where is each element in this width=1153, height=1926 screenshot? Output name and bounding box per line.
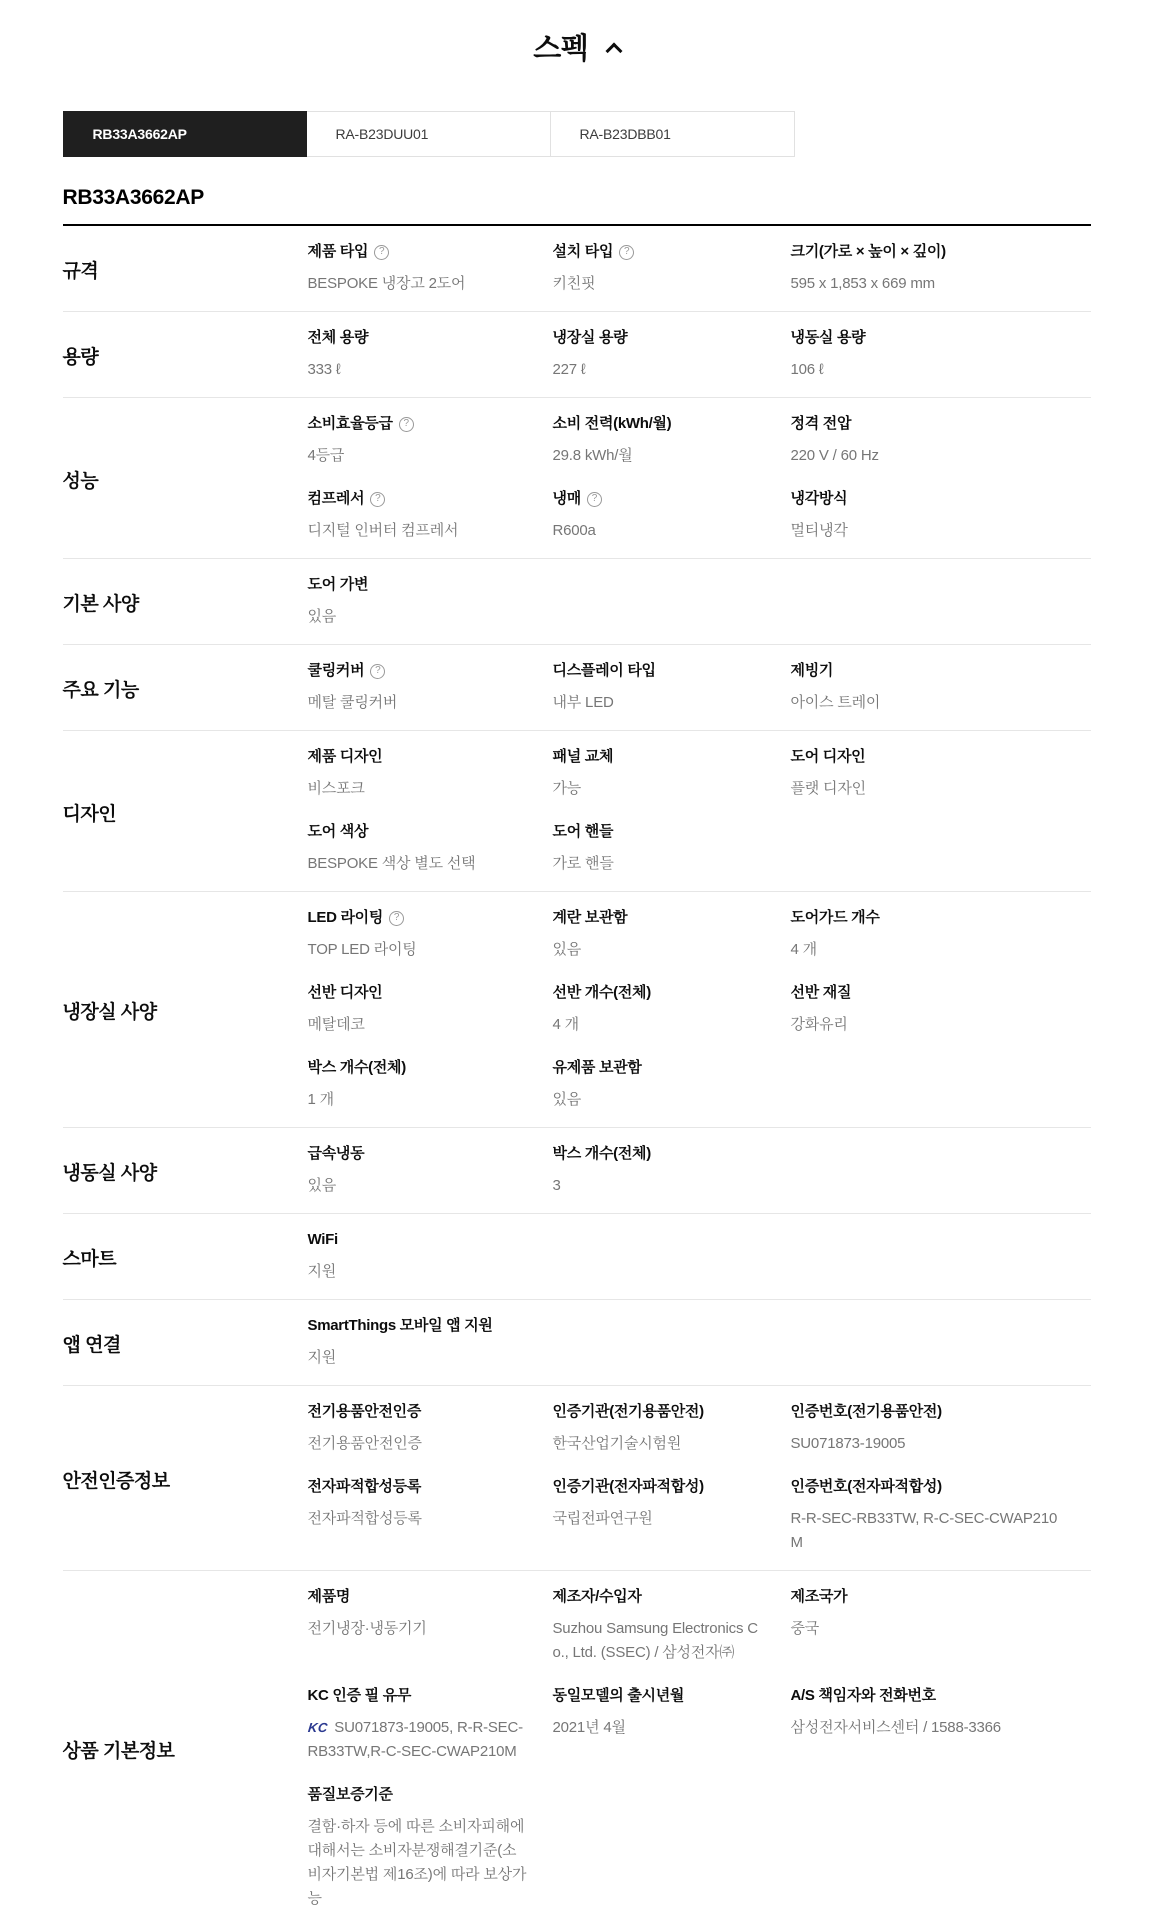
spec-label-text: 선반 디자인 <box>308 984 383 1002</box>
spec-cell: 디스플레이 타입내부 LED <box>553 662 791 715</box>
spec-label: 도어 색상 <box>308 823 553 841</box>
spec-category-label: 안전인증정보 <box>63 1403 308 1555</box>
spec-label-text: WiFi <box>308 1231 338 1249</box>
spec-value: 595 x 1,853 x 669 mm <box>791 272 1091 296</box>
help-icon[interactable]: ? <box>619 245 634 260</box>
help-icon[interactable]: ? <box>370 664 385 679</box>
spec-cell: 인증기관(전기용품안전)한국산업기술시험원 <box>553 1403 791 1456</box>
spec-cell: 박스 개수(전체)3 <box>553 1145 791 1198</box>
spec-label-text: 냉매 <box>553 490 581 508</box>
help-icon[interactable]: ? <box>374 245 389 260</box>
spec-label: 제품 타입? <box>308 243 553 261</box>
spec-cell: 전체 용량333 ℓ <box>308 329 553 382</box>
spec-cell: 제품명전기냉장·냉동기기 <box>308 1588 553 1665</box>
spec-table: 규격제품 타입?BESPOKE 냉장고 2도어설치 타입?키친핏크기(가로 × … <box>63 224 1091 1926</box>
spec-label-text: 제조자/수입자 <box>553 1588 642 1606</box>
spec-cell: 선반 디자인메탈데코 <box>308 984 553 1037</box>
spec-cell: 제조자/수입자Suzhou Samsung Electronics Co., L… <box>553 1588 791 1665</box>
spec-value: Suzhou Samsung Electronics Co., Ltd. (SS… <box>553 1617 791 1665</box>
spec-label: 냉각방식 <box>791 490 1091 508</box>
spec-cell: 유제품 보관함있음 <box>553 1059 791 1112</box>
spec-value: 아이스 트레이 <box>791 691 1091 715</box>
spec-label-text: 소비효율등급 <box>308 415 393 433</box>
spec-label-text: 제빙기 <box>791 662 834 680</box>
spec-cell: 선반 재질강화유리 <box>791 984 1091 1037</box>
tab-rb33a3662ap[interactable]: RB33A3662AP <box>63 111 307 157</box>
spec-label-text: 도어가드 개수 <box>791 909 880 927</box>
spec-label: 박스 개수(전체) <box>553 1145 791 1163</box>
spec-label-text: 인증번호(전자파적합성) <box>791 1478 942 1496</box>
spec-value: 29.8 kWh/월 <box>553 444 791 468</box>
help-icon[interactable]: ? <box>389 911 404 926</box>
spec-label-text: 냉동실 용량 <box>791 329 866 347</box>
tab-ra-b23dbb01[interactable]: RA-B23DBB01 <box>551 111 795 157</box>
spec-category-label: 기본 사양 <box>63 576 308 629</box>
spec-cell: 계란 보관함있음 <box>553 909 791 962</box>
spec-label: 인증기관(전기용품안전) <box>553 1403 791 1421</box>
spec-value: 2021년 4월 <box>553 1716 791 1740</box>
spec-cell: 컴프레서?디지털 인버터 컴프레서 <box>308 490 553 543</box>
spec-label: 급속냉동 <box>308 1145 553 1163</box>
spec-label: WiFi <box>308 1231 553 1249</box>
spec-label: 인증번호(전자파적합성) <box>791 1478 1091 1496</box>
spec-label-text: 인증번호(전기용품안전) <box>791 1403 942 1421</box>
spec-cell: 제품 디자인비스포크 <box>308 748 553 801</box>
spec-value: KCSU071873-19005, R-R-SEC-RB33TW,R-C-SEC… <box>308 1716 553 1764</box>
spec-label-text: 동일모델의 출시년월 <box>553 1687 685 1705</box>
spec-label: 냉매? <box>553 490 791 508</box>
spec-cell: 제품 타입?BESPOKE 냉장고 2도어 <box>308 243 553 296</box>
spec-section: RB33A3662APRA-B23DUU01RA-B23DBB01 RB33A3… <box>63 111 1091 1926</box>
model-tabs: RB33A3662APRA-B23DUU01RA-B23DBB01 <box>63 111 1091 157</box>
spec-label-text: 선반 개수(전체) <box>553 984 651 1002</box>
spec-category-label: 앱 연결 <box>63 1317 308 1370</box>
spec-value: 전기냉장·냉동기기 <box>308 1617 553 1641</box>
spec-row: 디자인제품 디자인비스포크패널 교체가능도어 디자인플랫 디자인도어 색상BES… <box>63 730 1091 891</box>
spec-label-text: KC 인증 필 유무 <box>308 1687 412 1705</box>
spec-cell: 냉매?R600a <box>553 490 791 543</box>
spec-label-text: 선반 재질 <box>791 984 852 1002</box>
spec-label: 전체 용량 <box>308 329 553 347</box>
spec-row: 앱 연결SmartThings 모바일 앱 지원지원 <box>63 1299 1091 1385</box>
spec-value: BESPOKE 색상 별도 선택 <box>308 852 553 876</box>
spec-label: 제빙기 <box>791 662 1091 680</box>
spec-cell: 크기(가로 × 높이 × 깊이)595 x 1,853 x 669 mm <box>791 243 1091 296</box>
spec-label: 계란 보관함 <box>553 909 791 927</box>
spec-category-label: 용량 <box>63 329 308 382</box>
spec-value: 가능 <box>553 777 791 801</box>
spec-label: 도어 가변 <box>308 576 553 594</box>
spec-cell: 소비효율등급?4등급 <box>308 415 553 468</box>
kc-certification-icon: KC <box>306 1716 328 1740</box>
spec-label: 컴프레서? <box>308 490 553 508</box>
spec-label: 제조자/수입자 <box>553 1588 791 1606</box>
spec-category-label: 주요 기능 <box>63 662 308 715</box>
spec-value: 220 V / 60 Hz <box>791 444 1091 468</box>
spec-label: 인증기관(전자파적합성) <box>553 1478 791 1496</box>
spec-label-text: 박스 개수(전체) <box>553 1145 651 1163</box>
spec-label-text: 전체 용량 <box>308 329 369 347</box>
spec-category-label: 규격 <box>63 243 308 296</box>
spec-row: 상품 기본정보제품명전기냉장·냉동기기제조자/수입자Suzhou Samsung… <box>63 1570 1091 1926</box>
spec-label: 전기용품안전인증 <box>308 1403 553 1421</box>
spec-label-text: 박스 개수(전체) <box>308 1059 406 1077</box>
spec-label: 선반 재질 <box>791 984 1091 1002</box>
spec-value: 333 ℓ <box>308 358 553 382</box>
spec-value: 있음 <box>553 938 791 962</box>
spec-label-text: 도어 디자인 <box>791 748 866 766</box>
spec-value: 106 ℓ <box>791 358 1091 382</box>
spec-row: 스마트WiFi지원 <box>63 1213 1091 1299</box>
chevron-up-icon <box>605 43 622 60</box>
spec-row: 냉동실 사양급속냉동있음박스 개수(전체)3 <box>63 1127 1091 1213</box>
spec-row: 기본 사양도어 가변있음 <box>63 558 1091 644</box>
spec-label: 냉장실 용량 <box>553 329 791 347</box>
spec-value: 4등급 <box>308 444 553 468</box>
spec-label: 전자파적합성등록 <box>308 1478 553 1496</box>
spec-label: 유제품 보관함 <box>553 1059 791 1077</box>
spec-cell: 도어 색상BESPOKE 색상 별도 선택 <box>308 823 553 876</box>
spec-label-text: 소비 전력(kWh/월) <box>553 415 672 433</box>
spec-cell: 전기용품안전인증전기용품안전인증 <box>308 1403 553 1456</box>
spec-value: BESPOKE 냉장고 2도어 <box>308 272 553 296</box>
spec-cell: 쿨링커버?메탈 쿨링커버 <box>308 662 553 715</box>
spec-label: 선반 디자인 <box>308 984 553 1002</box>
spec-cell: SmartThings 모바일 앱 지원지원 <box>308 1317 553 1370</box>
spec-label-text: 급속냉동 <box>308 1145 365 1163</box>
spec-label: 설치 타입? <box>553 243 791 261</box>
spec-row: 안전인증정보전기용품안전인증전기용품안전인증인증기관(전기용품안전)한국산업기술… <box>63 1385 1091 1570</box>
spec-cell: 도어 핸들가로 핸들 <box>553 823 791 876</box>
spec-value: 멀티냉각 <box>791 519 1091 543</box>
spec-cell: 인증기관(전자파적합성)국립전파연구원 <box>553 1478 791 1555</box>
spec-label-text: 냉장실 용량 <box>553 329 628 347</box>
spec-cell: 인증번호(전기용품안전)SU071873-19005 <box>791 1403 1091 1456</box>
spec-row: 성능소비효율등급?4등급소비 전력(kWh/월)29.8 kWh/월정격 전압2… <box>63 397 1091 558</box>
spec-label: 도어 디자인 <box>791 748 1091 766</box>
spec-value: 있음 <box>308 605 553 629</box>
spec-label-text: 제품명 <box>308 1588 351 1606</box>
spec-label: 제품 디자인 <box>308 748 553 766</box>
spec-label-text: 도어 가변 <box>308 576 369 594</box>
spec-row: 주요 기능쿨링커버?메탈 쿨링커버디스플레이 타입내부 LED제빙기아이스 트레… <box>63 644 1091 730</box>
spec-cell: 품질보증기준결함·하자 등에 따른 소비자피해에 대해서는 소비자분쟁해결기준(… <box>308 1786 553 1911</box>
spec-cell: 급속냉동있음 <box>308 1145 553 1198</box>
spec-label-text: 도어 핸들 <box>553 823 614 841</box>
help-icon[interactable]: ? <box>399 417 414 432</box>
spec-label-text: 디스플레이 타입 <box>553 662 656 680</box>
spec-value: 삼성전자서비스센터 / 1588-3366 <box>791 1716 1091 1740</box>
spec-label-text: 제품 디자인 <box>308 748 383 766</box>
spec-accordion-toggle[interactable]: 스펙 <box>0 0 1153 67</box>
spec-label: 디스플레이 타입 <box>553 662 791 680</box>
spec-cell: 동일모델의 출시년월2021년 4월 <box>553 1687 791 1764</box>
spec-row: 냉장실 사양LED 라이팅?TOP LED 라이팅계란 보관함있음도어가드 개수… <box>63 891 1091 1127</box>
spec-label: 도어가드 개수 <box>791 909 1091 927</box>
spec-label: 품질보증기준 <box>308 1786 553 1804</box>
spec-value: 전기용품안전인증 <box>308 1432 553 1456</box>
spec-label-text: LED 라이팅 <box>308 909 384 927</box>
spec-category-label: 디자인 <box>63 748 308 876</box>
spec-cell: WiFi지원 <box>308 1231 553 1284</box>
spec-cell: 냉장실 용량227 ℓ <box>553 329 791 382</box>
spec-label: 정격 전압 <box>791 415 1091 433</box>
spec-row: 규격제품 타입?BESPOKE 냉장고 2도어설치 타입?키친핏크기(가로 × … <box>63 226 1091 311</box>
spec-label-text: 계란 보관함 <box>553 909 628 927</box>
help-icon[interactable]: ? <box>370 492 385 507</box>
spec-cell: 패널 교체가능 <box>553 748 791 801</box>
spec-label-text: 도어 색상 <box>308 823 369 841</box>
spec-value: 메탈 쿨링커버 <box>308 691 553 715</box>
spec-value: SU071873-19005 <box>791 1432 1091 1456</box>
spec-value: 1 개 <box>308 1088 553 1112</box>
spec-label: SmartThings 모바일 앱 지원 <box>308 1317 553 1335</box>
spec-label: 제품명 <box>308 1588 553 1606</box>
spec-category-label: 냉장실 사양 <box>63 909 308 1112</box>
spec-label: KC 인증 필 유무 <box>308 1687 553 1705</box>
spec-label-text: 제조국가 <box>791 1588 848 1606</box>
spec-label-text: 전기용품안전인증 <box>308 1403 422 1421</box>
spec-cell: LED 라이팅?TOP LED 라이팅 <box>308 909 553 962</box>
spec-value: 있음 <box>308 1174 553 1198</box>
spec-label: 동일모델의 출시년월 <box>553 1687 791 1705</box>
spec-value: 가로 핸들 <box>553 852 791 876</box>
spec-cell: A/S 책임자와 전화번호삼성전자서비스센터 / 1588-3366 <box>791 1687 1091 1764</box>
spec-cell: 냉각방식멀티냉각 <box>791 490 1091 543</box>
spec-value: 내부 LED <box>553 691 791 715</box>
spec-cell: 도어 디자인플랫 디자인 <box>791 748 1091 801</box>
spec-cell: 냉동실 용량106 ℓ <box>791 329 1091 382</box>
spec-label-text: 유제품 보관함 <box>553 1059 642 1077</box>
spec-cell: 박스 개수(전체)1 개 <box>308 1059 553 1112</box>
spec-cell: 도어가드 개수4 개 <box>791 909 1091 962</box>
spec-label: 제조국가 <box>791 1588 1091 1606</box>
spec-cell: 정격 전압220 V / 60 Hz <box>791 415 1091 468</box>
spec-value: 메탈데코 <box>308 1013 553 1037</box>
page-title: 스펙 <box>533 33 588 65</box>
spec-value: 비스포크 <box>308 777 553 801</box>
spec-cell: 전자파적합성등록전자파적합성등록 <box>308 1478 553 1555</box>
spec-label-text: 크기(가로 × 높이 × 깊이) <box>791 243 946 261</box>
spec-label-text: 인증기관(전기용품안전) <box>553 1403 704 1421</box>
spec-cell: 제조국가중국 <box>791 1588 1091 1665</box>
spec-category-label: 냉동실 사양 <box>63 1145 308 1198</box>
spec-label: 쿨링커버? <box>308 662 553 680</box>
spec-label-text: 인증기관(전자파적합성) <box>553 1478 704 1496</box>
spec-value: 강화유리 <box>791 1013 1091 1037</box>
spec-label: 선반 개수(전체) <box>553 984 791 1002</box>
spec-label: 냉동실 용량 <box>791 329 1091 347</box>
spec-value: 중국 <box>791 1617 1091 1641</box>
tab-ra-b23duu01[interactable]: RA-B23DUU01 <box>307 111 551 157</box>
spec-value: 키친핏 <box>553 272 791 296</box>
spec-value: 4 개 <box>791 938 1091 962</box>
spec-value: 한국산업기술시험원 <box>553 1432 791 1456</box>
spec-category-label: 성능 <box>63 415 308 543</box>
spec-label-text: 정격 전압 <box>791 415 852 433</box>
spec-label: A/S 책임자와 전화번호 <box>791 1687 1091 1705</box>
section-title: RB33A3662AP <box>63 186 1091 210</box>
spec-value: TOP LED 라이팅 <box>308 938 553 962</box>
spec-value: 디지털 인버터 컴프레서 <box>308 519 553 543</box>
spec-value: 지원 <box>308 1346 553 1370</box>
spec-value: 플랫 디자인 <box>791 777 1091 801</box>
spec-label: 크기(가로 × 높이 × 깊이) <box>791 243 1091 261</box>
spec-label: 인증번호(전기용품안전) <box>791 1403 1091 1421</box>
spec-label-text: A/S 책임자와 전화번호 <box>791 1687 936 1705</box>
spec-value: 지원 <box>308 1260 553 1284</box>
spec-label-text: 냉각방식 <box>791 490 848 508</box>
spec-value: 전자파적합성등록 <box>308 1507 553 1531</box>
spec-label: 박스 개수(전체) <box>308 1059 553 1077</box>
spec-label-text: 품질보증기준 <box>308 1786 393 1804</box>
spec-label: 소비효율등급? <box>308 415 553 433</box>
spec-label: LED 라이팅? <box>308 909 553 927</box>
spec-value: 국립전파연구원 <box>553 1507 791 1531</box>
spec-label-text: 컴프레서 <box>308 490 365 508</box>
spec-label: 도어 핸들 <box>553 823 791 841</box>
spec-label-text: 설치 타입 <box>553 243 614 261</box>
spec-value: 3 <box>553 1174 791 1198</box>
spec-category-label: 상품 기본정보 <box>63 1588 308 1911</box>
spec-label: 소비 전력(kWh/월) <box>553 415 791 433</box>
spec-value: 결함·하자 등에 따른 소비자피해에 대해서는 소비자분쟁해결기준(소비자기본법… <box>308 1815 553 1911</box>
spec-label: 패널 교체 <box>553 748 791 766</box>
spec-cell: 선반 개수(전체)4 개 <box>553 984 791 1037</box>
spec-cell: 소비 전력(kWh/월)29.8 kWh/월 <box>553 415 791 468</box>
spec-value: R-R-SEC-RB33TW, R-C-SEC-CWAP210M <box>791 1507 1091 1555</box>
spec-value: 있음 <box>553 1088 791 1112</box>
spec-label-text: 전자파적합성등록 <box>308 1478 422 1496</box>
spec-cell: 설치 타입?키친핏 <box>553 243 791 296</box>
spec-value: R600a <box>553 519 791 543</box>
spec-label-text: 쿨링커버 <box>308 662 365 680</box>
spec-cell: KC 인증 필 유무KCSU071873-19005, R-R-SEC-RB33… <box>308 1687 553 1764</box>
spec-label-text: 제품 타입 <box>308 243 369 261</box>
spec-row: 용량전체 용량333 ℓ냉장실 용량227 ℓ냉동실 용량106 ℓ <box>63 311 1091 397</box>
spec-label-text: 패널 교체 <box>553 748 614 766</box>
spec-cell: 제빙기아이스 트레이 <box>791 662 1091 715</box>
spec-label-text: SmartThings 모바일 앱 지원 <box>308 1317 493 1335</box>
spec-cell: 인증번호(전자파적합성)R-R-SEC-RB33TW, R-C-SEC-CWAP… <box>791 1478 1091 1555</box>
spec-category-label: 스마트 <box>63 1231 308 1284</box>
help-icon[interactable]: ? <box>587 492 602 507</box>
spec-value: 4 개 <box>553 1013 791 1037</box>
spec-value: 227 ℓ <box>553 358 791 382</box>
spec-cell: 도어 가변있음 <box>308 576 553 629</box>
